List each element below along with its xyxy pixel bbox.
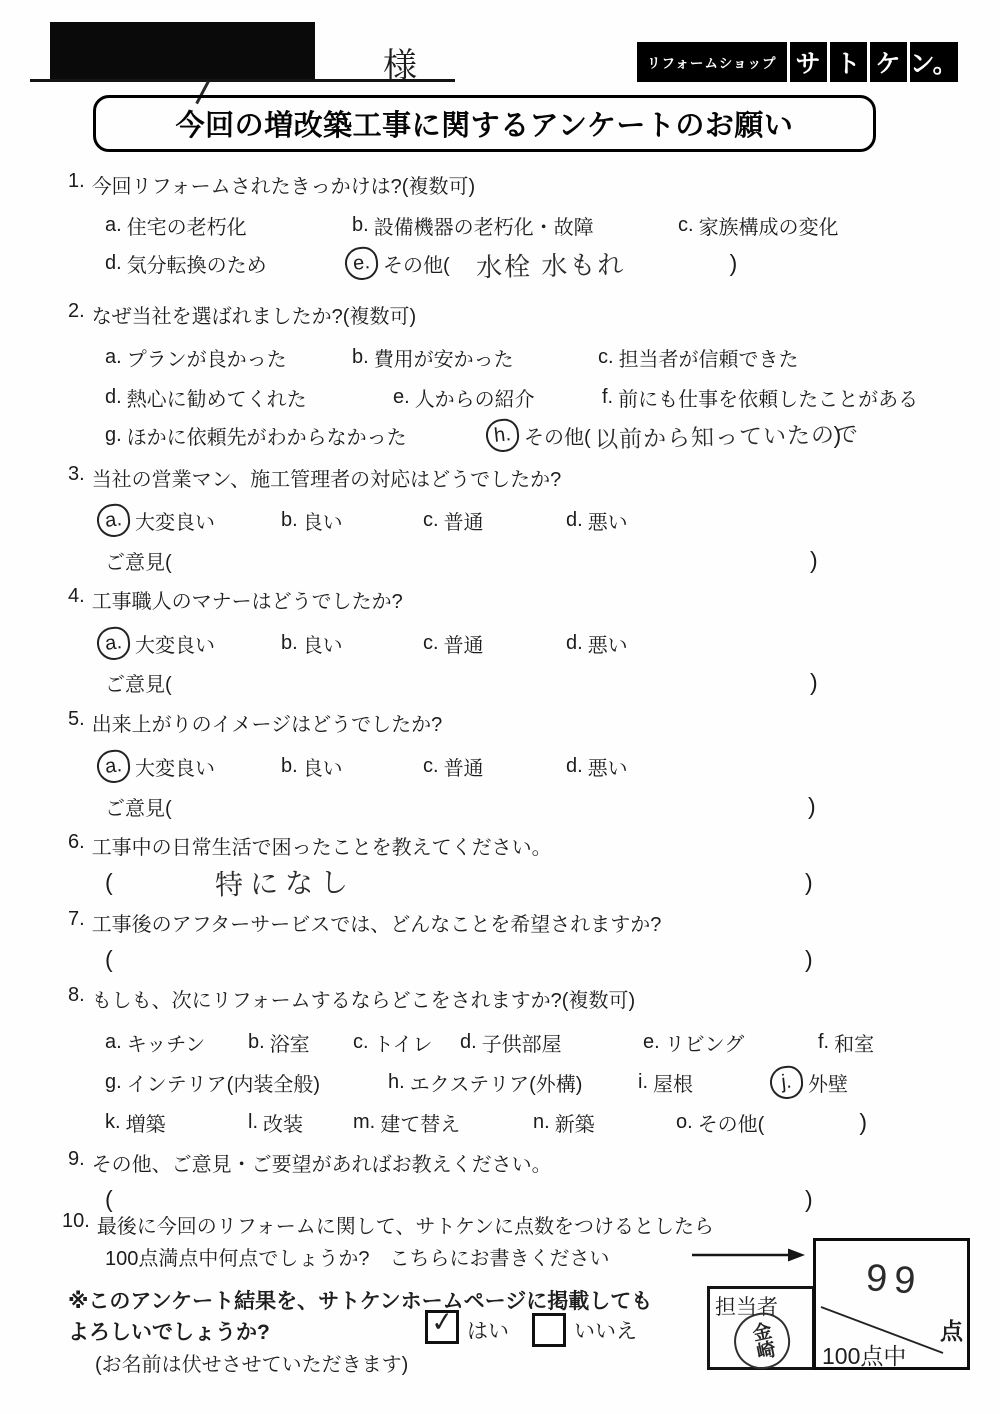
option-2h-selected: h.その他(以前から知っていたので) xyxy=(486,415,841,455)
opinion-value xyxy=(220,662,221,702)
checkbox-yes-label: はい xyxy=(467,1315,509,1345)
question-text: 工事中の日常生活で困ったことを教えてください。 xyxy=(92,831,552,860)
shop-logo: リフォームショップ サ ト ケ ン。 xyxy=(637,42,958,82)
close-paren: ) xyxy=(810,540,818,580)
option-4b: b.良い xyxy=(281,623,343,663)
checkbox-no xyxy=(532,1313,566,1347)
question-1-heading: 1. 今回リフォームされたきっかけは?(複数可) xyxy=(68,170,475,199)
option-5c: c.普通 xyxy=(423,746,484,786)
score-unit: 点 xyxy=(940,1313,963,1346)
logo-char-2: ト xyxy=(830,42,867,82)
question-5-heading: 5. 出来上がりのイメージはどうでしたか? xyxy=(68,708,442,737)
question-text: なぜ当社を選ばれましたか?(複数可) xyxy=(92,300,416,329)
survey-title: 今回の増改築工事に関するアンケートのお願い xyxy=(176,103,794,144)
survey-page: 様 リフォームショップ サ ト ケ ン。 今回の増改築工事に関するアンケートのお… xyxy=(0,0,1000,1414)
consent-line-2: よろしいでしょうか? xyxy=(68,1316,270,1346)
option-8j-selected: j.外壁 xyxy=(770,1062,848,1102)
option-5a-selected: a.大変良い xyxy=(97,746,215,786)
opinion-label: ご意見( xyxy=(105,540,172,580)
option-8d: d.子供部屋 xyxy=(460,1022,562,1062)
option-3a-selected: a.大変良い xyxy=(97,500,215,540)
consent-note: (お名前は伏せさせていただきます) xyxy=(95,1348,408,1377)
option-1a: a.住宅の老朽化 xyxy=(105,205,247,245)
close-paren: ) xyxy=(805,1179,813,1219)
checkbox-no-label: いいえ xyxy=(574,1315,637,1345)
question-number: 2. xyxy=(68,300,85,329)
question-number: 9. xyxy=(68,1148,85,1177)
option-8n: n.新築 xyxy=(533,1102,595,1142)
question-6-heading: 6. 工事中の日常生活で困ったことを教えてください。 xyxy=(68,831,552,860)
option-2g: g.ほかに依頼先がわからなかった xyxy=(105,415,407,455)
question-1-options-row-1: a.住宅の老朽化 b.設備機器の老朽化・故障 c.家族構成の変化 xyxy=(0,205,1000,247)
close-paren: ) xyxy=(805,862,813,902)
question-number: 10. xyxy=(62,1210,90,1239)
option-8e: e.リビング xyxy=(643,1022,744,1062)
logo-tagline: リフォームショップ xyxy=(637,42,787,82)
option-5b: b.良い xyxy=(281,746,343,786)
circled-letter: e. xyxy=(343,245,379,281)
question-10-line-2: 100点満点中何点でしょうか? こちらにお書きください xyxy=(105,1242,610,1271)
option-3d: d.悪い xyxy=(566,500,628,540)
question-3-opinion-row: ご意見( ) xyxy=(0,540,1000,582)
option-8f: f.和室 xyxy=(818,1022,874,1062)
question-2-heading: 2. なぜ当社を選ばれましたか?(複数可) xyxy=(68,300,416,329)
staff-box: 担当者 金崎 xyxy=(707,1286,815,1370)
name-suffix: 様 xyxy=(383,38,417,87)
question-number: 3. xyxy=(68,463,85,492)
question-text: その他、ご意見・ご要望があればお教えください。 xyxy=(92,1148,552,1177)
question-1-options-row-2: d.気分転換のため e.その他(水栓 水もれ) xyxy=(0,243,1000,285)
question-text: 今回リフォームされたきっかけは?(複数可) xyxy=(92,170,475,199)
opinion-value xyxy=(220,786,221,826)
question-8-options-row-3: k.増築 l.改装 m.建て替え n.新築 o.その他() xyxy=(0,1102,1000,1144)
circled-letter: a. xyxy=(95,625,131,661)
score-box: 99 点 100点中 xyxy=(813,1238,970,1370)
option-8i: i.屋根 xyxy=(638,1062,693,1102)
question-7-answer-row: ( ) xyxy=(0,939,1000,981)
handwritten-answer: 以前から知っていたので xyxy=(590,416,834,454)
question-text: 当社の営業マン、施工管理者の対応はどうでしたか? xyxy=(92,463,562,492)
question-9-heading: 9. その他、ご意見・ご要望があればお教えください。 xyxy=(68,1148,552,1177)
circled-letter: j. xyxy=(768,1064,804,1100)
opinion-value xyxy=(220,540,221,580)
option-4a-selected: a.大変良い xyxy=(97,623,215,663)
question-8-heading: 8. もしも、次にリフォームするならどこをされますか?(複数可) xyxy=(68,984,635,1013)
question-text-line-2: 100点満点中何点でしょうか? こちらにお書きください xyxy=(105,1242,610,1271)
question-5-options-row: a.大変良い b.良い c.普通 d.悪い xyxy=(0,746,1000,788)
open-paren: ( xyxy=(105,862,113,902)
question-7-heading: 7. 工事後のアフターサービスでは、どんなことを希望されますか? xyxy=(68,908,661,937)
option-5d: d.悪い xyxy=(566,746,628,786)
survey-title-box: 今回の増改築工事に関するアンケートのお願い xyxy=(93,95,876,152)
close-paren: ) xyxy=(810,662,818,702)
circled-letter: a. xyxy=(95,502,131,538)
question-6-answer-row: ( 特になし ) xyxy=(0,862,1000,904)
question-text: もしも、次にリフォームするならどこをされますか?(複数可) xyxy=(92,984,635,1013)
circled-letter: a. xyxy=(95,748,131,784)
logo-char-4: ン。 xyxy=(910,42,958,82)
question-2-options-row-1: a.プランが良かった b.費用が安かった c.担当者が信頼できた xyxy=(0,337,1000,379)
option-8k: k.増築 xyxy=(105,1102,166,1142)
question-4-options-row: a.大変良い b.良い c.普通 d.悪い xyxy=(0,623,1000,665)
question-text: 出来上がりのイメージはどうでしたか? xyxy=(92,708,443,737)
option-1b: b.設備機器の老朽化・故障 xyxy=(352,205,594,245)
question-3-heading: 3. 当社の営業マン、施工管理者の対応はどうでしたか? xyxy=(68,463,561,492)
question-number: 8. xyxy=(68,984,85,1013)
option-2f: f.前にも仕事を依頼したことがある xyxy=(602,377,918,417)
handwritten-answer xyxy=(215,939,216,979)
option-4d: d.悪い xyxy=(566,623,628,663)
option-8m: m.建て替え xyxy=(353,1102,460,1142)
question-3-options-row: a.大変良い b.良い c.普通 d.悪い xyxy=(0,500,1000,542)
option-1e-selected: e.その他(水栓 水もれ) xyxy=(345,243,737,283)
open-paren: ( xyxy=(105,939,113,979)
question-4-opinion-row: ご意見( ) xyxy=(0,662,1000,704)
option-2d: d.熱心に勧めてくれた xyxy=(105,377,307,417)
close-paren: ) xyxy=(808,786,816,826)
question-number: 5. xyxy=(68,708,85,737)
question-number: 1. xyxy=(68,170,85,199)
handwritten-answer: 水栓 水もれ xyxy=(449,242,730,285)
option-4c: c.普通 xyxy=(423,623,484,663)
option-8l: l.改装 xyxy=(248,1102,303,1142)
question-5-opinion-row: ご意見( ) xyxy=(0,786,1000,828)
question-text: 工事後のアフターサービスでは、どんなことを希望されますか? xyxy=(92,908,662,937)
option-3b: b.良い xyxy=(281,500,343,540)
opinion-label: ご意見( xyxy=(105,662,172,702)
circled-letter: h. xyxy=(484,417,520,453)
option-2b: b.費用が安かった xyxy=(352,337,514,377)
question-text: 工事職人のマナーはどうでしたか? xyxy=(92,585,403,614)
logo-char-1: サ xyxy=(790,42,827,82)
option-8h: h.エクステリア(外構) xyxy=(388,1062,582,1102)
question-8-options-row-2: g.インテリア(内装全般) h.エクステリア(外構) i.屋根 j.外壁 xyxy=(0,1062,1000,1104)
question-2-options-row-2: d.熱心に勧めてくれた e.人からの紹介 f.前にも仕事を依頼したことがある xyxy=(0,377,1000,419)
handwritten-score: 99 xyxy=(865,1257,924,1304)
close-paren: ) xyxy=(805,939,813,979)
option-2c: c.担当者が信頼できた xyxy=(598,337,799,377)
question-2-options-row-3: g.ほかに依頼先がわからなかった h.その他(以前から知っていたので) xyxy=(0,415,1000,457)
option-2e: e.人からの紹介 xyxy=(393,377,535,417)
option-8g: g.インテリア(内装全般) xyxy=(105,1062,320,1102)
score-denominator: 100点中 xyxy=(822,1338,906,1371)
option-8o: o.その他() xyxy=(676,1102,867,1142)
option-1d: d.気分転換のため xyxy=(105,243,267,283)
option-8a: a.キッチン xyxy=(105,1022,205,1062)
option-8b: b.浴室 xyxy=(248,1022,310,1062)
question-8-options-row-1: a.キッチン b.浴室 c.トイレ d.子供部屋 e.リビング f.和室 xyxy=(0,1022,1000,1064)
question-4-heading: 4. 工事職人のマナーはどうでしたか? xyxy=(68,585,403,614)
question-number: 4. xyxy=(68,585,85,614)
option-3c: c.普通 xyxy=(423,500,484,540)
question-number: 6. xyxy=(68,831,85,860)
stamp-name: 金崎 xyxy=(749,1320,775,1361)
question-number: 7. xyxy=(68,908,85,937)
logo-char-3: ケ xyxy=(870,42,907,82)
question-10-heading: 10. 最後に今回のリフォームに関して、サトケンに点数をつけるとしたら xyxy=(62,1210,714,1239)
option-2a: a.プランが良かった xyxy=(105,337,287,377)
option-8c: c.トイレ xyxy=(353,1022,433,1062)
handwritten-answer: 特になし xyxy=(215,861,356,904)
checkmark-icon: ✓ xyxy=(429,1306,455,1339)
checkbox-yes: ✓ xyxy=(425,1310,459,1344)
consent-line-1: ※このアンケート結果を、サトケンホームページに掲載しても xyxy=(68,1285,652,1315)
option-1c: c.家族構成の変化 xyxy=(678,205,839,245)
redacted-name-box xyxy=(50,22,315,79)
question-text-line-1: 最後に今回のリフォームに関して、サトケンに点数をつけるとしたら xyxy=(97,1210,714,1239)
opinion-label: ご意見( xyxy=(105,786,172,826)
arrow-to-score-icon xyxy=(692,1245,806,1265)
